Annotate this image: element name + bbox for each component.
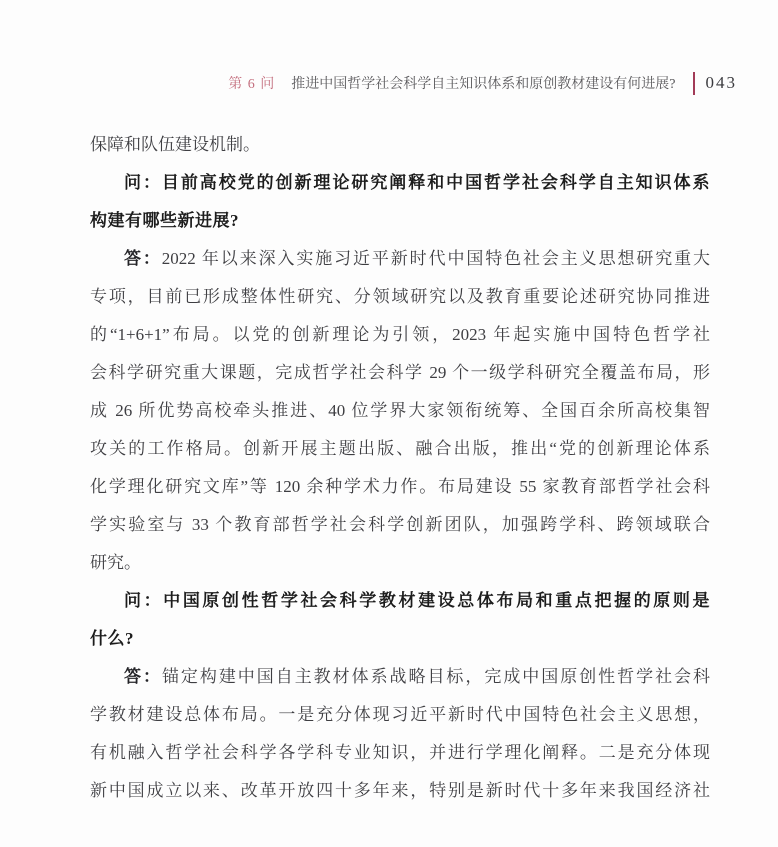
- text-line: 有机融入哲学社会科学各学科专业知识，并进行学理化阐释。二是充分体现: [90, 734, 710, 772]
- text-line: 成 26 所优势高校牵头推进、40 位学界大家领衔统筹、全国百余所高校集智: [90, 392, 710, 430]
- question-paragraph: 问：目前高校党的创新理论研究阐释和中国哲学社会科学自主知识体系构建有哪些新进展?: [90, 164, 710, 240]
- answer-paragraph: 答：2022 年以来深入实施习近平新时代中国特色社会主义思想研究重大专项，目前已…: [90, 240, 710, 582]
- text-line: 化学理化研究文库”等 120 余种学术力作。布局建设 55 家教育部哲学社会科: [90, 468, 710, 506]
- question-paragraph: 问：中国原创性哲学社会科学教材建设总体布局和重点把握的原则是什么?: [90, 582, 710, 658]
- answer-label: 答：: [124, 667, 162, 686]
- text-paragraph: 保障和队伍建设机制。: [90, 126, 710, 164]
- question-label: 问：: [124, 173, 162, 192]
- text-line: 专项，目前已形成整体性研究、分领域研究以及教育重要论述研究协同推进: [90, 278, 710, 316]
- answer-label: 答：: [124, 249, 162, 268]
- text-line: 答：锚定构建中国自主教材体系战略目标，完成中国原创性哲学社会科: [90, 658, 710, 696]
- page-number: 043: [706, 73, 738, 93]
- text-line: 攻关的工作格局。创新开展主题出版、融合出版，推出“党的创新理论体系: [90, 430, 710, 468]
- chapter-question-number: 第 6 问: [228, 73, 275, 93]
- text-line: 会科学研究重大课题，完成哲学社会科学 29 个一级学科研究全覆盖布局，形: [90, 354, 710, 392]
- running-header: 第 6 问 推进中国哲学社会科学自主知识体系和原创教材建设有何进展? 043: [0, 70, 737, 96]
- text-line: 学教材建设总体布局。一是充分体现习近平新时代中国特色社会主义思想，: [90, 696, 710, 734]
- text-line: 问：中国原创性哲学社会科学教材建设总体布局和重点把握的原则是: [90, 582, 710, 620]
- text-line: 研究。: [90, 544, 710, 582]
- text-line: 的“1+6+1”布局。以党的创新理论为引领，2023 年起实施中国特色哲学社: [90, 316, 710, 354]
- question-label: 问：: [124, 591, 163, 610]
- header-divider: [693, 72, 695, 95]
- content: 保障和队伍建设机制。问：目前高校党的创新理论研究阐释和中国哲学社会科学自主知识体…: [90, 126, 710, 810]
- text-line: 答：2022 年以来深入实施习近平新时代中国特色社会主义思想研究重大: [90, 240, 710, 278]
- text-line: 问：目前高校党的创新理论研究阐释和中国哲学社会科学自主知识体系: [90, 164, 710, 202]
- answer-paragraph: 答：锚定构建中国自主教材体系战略目标，完成中国原创性哲学社会科学教材建设总体布局…: [90, 658, 710, 810]
- chapter-title: 推进中国哲学社会科学自主知识体系和原创教材建设有何进展?: [291, 73, 675, 93]
- text-line: 保障和队伍建设机制。: [90, 126, 710, 164]
- text-line: 什么?: [90, 620, 710, 658]
- text-line: 新中国成立以来、改革开放四十多年来，特别是新时代十多年来我国经济社: [90, 772, 710, 810]
- text-line: 学实验室与 33 个教育部哲学社会科学创新团队，加强跨学科、跨领域联合: [90, 506, 710, 544]
- text-line: 构建有哪些新进展?: [90, 202, 710, 240]
- page: { "header": { "question_label": "第 6 问",…: [0, 0, 778, 847]
